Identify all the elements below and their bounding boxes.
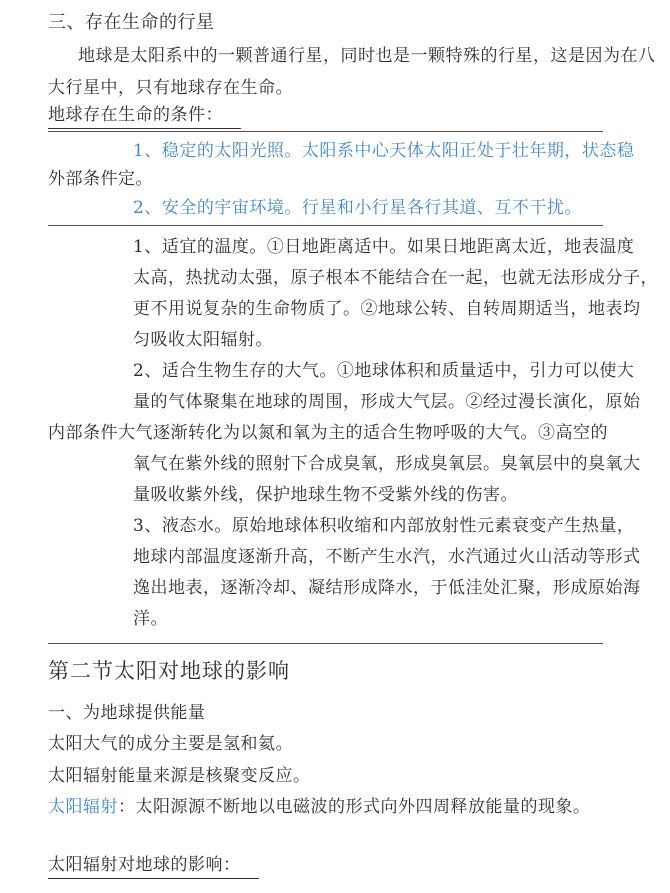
sun-energy-source-line: 太阳辐射能量来源是核聚变反应。 xyxy=(48,766,311,786)
intro-paragraph-line-2: 大行星中，只有地球存在生命。 xyxy=(48,78,293,98)
table-border-bottom xyxy=(48,643,603,644)
internal-condition-line: 2、适合生物生存的大气。①地球体积和质量适中，引力可以使大 xyxy=(133,361,634,381)
internal-condition-line: 匀吸收太阳辐射。 xyxy=(133,330,273,350)
internal-condition-line: 氧气在紫外线的照射下合成臭氧，形成臭氧层。臭氧层中的臭氧大 xyxy=(133,454,641,474)
solar-radiation-definition: 太阳辐射：太阳源源不断地以电磁波的形式向外四周释放能量的现象。 xyxy=(48,797,591,817)
internal-condition-line: 1、适宜的温度。①日地距离适中。如果日地距离太近，地表温度 xyxy=(133,237,634,257)
internal-condition-line: 洋。 xyxy=(133,609,168,629)
internal-condition-line: 3、液态水。原始地球体积收缩和内部放射性元素衰变产生热量， xyxy=(133,516,634,536)
internal-condition-line: 量的气体聚集在地球的周围，形成大气层。②经过漫长演化，原始 xyxy=(133,392,641,412)
external-conditions-label: 外部条件 xyxy=(48,169,118,189)
internal-condition-line: 更不用说复杂的生命物质了。②地球公转、自转周期适当，地表均 xyxy=(133,299,641,319)
internal-condition-line: 逸出地表，逐渐冷却、凝结形成降水，于低洼处汇聚，形成原始海 xyxy=(133,578,641,598)
external-condition-line-3: 2、安全的宇宙环境。行星和小行星各行其道、互不干扰。 xyxy=(133,198,582,218)
radiation-effects-title: 太阳辐射对地球的影响： xyxy=(48,855,259,879)
internal-condition-line-with-label: 内部条件大气逐渐转化为以氮和氧为主的适合生物呼吸的大气。③高空的 xyxy=(48,423,608,443)
internal-condition-line: 地球内部温度逐渐升高，不断产生水汽，水汽通过火山活动等形式 xyxy=(133,547,641,567)
internal-condition-line-text: 大气逐渐转化为以氮和氧为主的适合生物呼吸的大气。③高空的 xyxy=(118,423,608,443)
table-border-middle xyxy=(48,225,603,226)
table-border-top xyxy=(48,131,603,132)
external-condition-line-1: 1、稳定的太阳光照。太阳系中心天体太阳正处于壮年期，状态稳 xyxy=(133,141,634,161)
section-heading-planet: 三、存在生命的行星 xyxy=(48,13,215,33)
sun-atmosphere-line: 太阳大气的成分主要是氢和氦。 xyxy=(48,734,293,754)
sun-subheading-energy: 一、为地球提供能量 xyxy=(48,703,206,723)
document-page: 三、存在生命的行星 地球是太阳系中的一颗普通行星，同时也是一颗特殊的行星，这是因… xyxy=(0,0,670,893)
conditions-title: 地球存在生命的条件： xyxy=(48,105,241,129)
external-condition-line-2: 外部条件定。 xyxy=(48,169,153,189)
internal-conditions-label: 内部条件 xyxy=(48,423,118,443)
solar-radiation-definition-text: ：太阳源源不断地以电磁波的形式向外四周释放能量的现象。 xyxy=(118,797,591,817)
external-condition-line-2-text: 定。 xyxy=(118,169,153,189)
internal-condition-line: 量吸收紫外线，保护地球生物不受紫外线的伤害。 xyxy=(133,485,518,505)
intro-paragraph-line-1: 地球是太阳系中的一颗普通行星，同时也是一颗特殊的行星，这是因为在八 xyxy=(78,46,656,66)
section-heading-sun: 第二节太阳对地球的影响 xyxy=(48,661,290,681)
internal-condition-line: 太高，热扰动太强，原子根本不能结合在一起，也就无法形成分子， xyxy=(133,268,658,288)
solar-radiation-term: 太阳辐射 xyxy=(48,797,118,817)
